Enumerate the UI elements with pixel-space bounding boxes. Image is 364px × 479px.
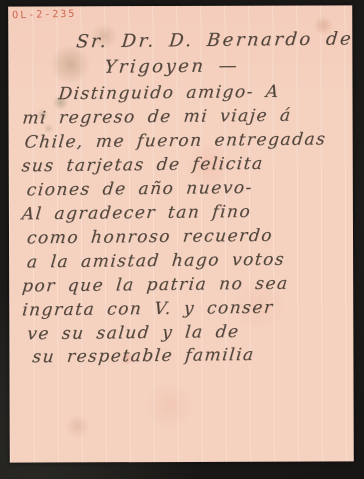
letter-line: sus tarjetas de felicita [21, 154, 265, 177]
letter-line: Al agradecer tan fino [21, 202, 252, 224]
letter-paper: OL-2-235 Sr. Dr. D. Bernardo de Yrigoyen… [8, 5, 354, 462]
letter-line: como honroso recuerdo [26, 226, 274, 249]
letter-line: su respetable familia [31, 345, 255, 367]
letter-line: ve su salud y la de [26, 322, 240, 344]
letter-body: Sr. Dr. D. Bernardo de Yrigoyen — Distin… [8, 5, 354, 462]
letter-line: por que la patria no sea [21, 274, 289, 297]
letter-line: Distinguido amigo- A [57, 82, 280, 104]
letter-line: Chile, me fueron entregadas [24, 129, 328, 152]
letter-line: Sr. Dr. D. Bernardo de [75, 28, 354, 52]
letter-line: ingrata con V. y conser [21, 298, 274, 321]
letter-line: ciones de año nuevo- [26, 178, 254, 200]
letter-line: Yrigoyen — [103, 55, 240, 77]
letter-line: a la amistad hago votos [26, 250, 286, 273]
photo-backdrop: OL-2-235 Sr. Dr. D. Bernardo de Yrigoyen… [0, 0, 364, 479]
letter-line: mi regreso de mi viaje á [22, 106, 293, 129]
